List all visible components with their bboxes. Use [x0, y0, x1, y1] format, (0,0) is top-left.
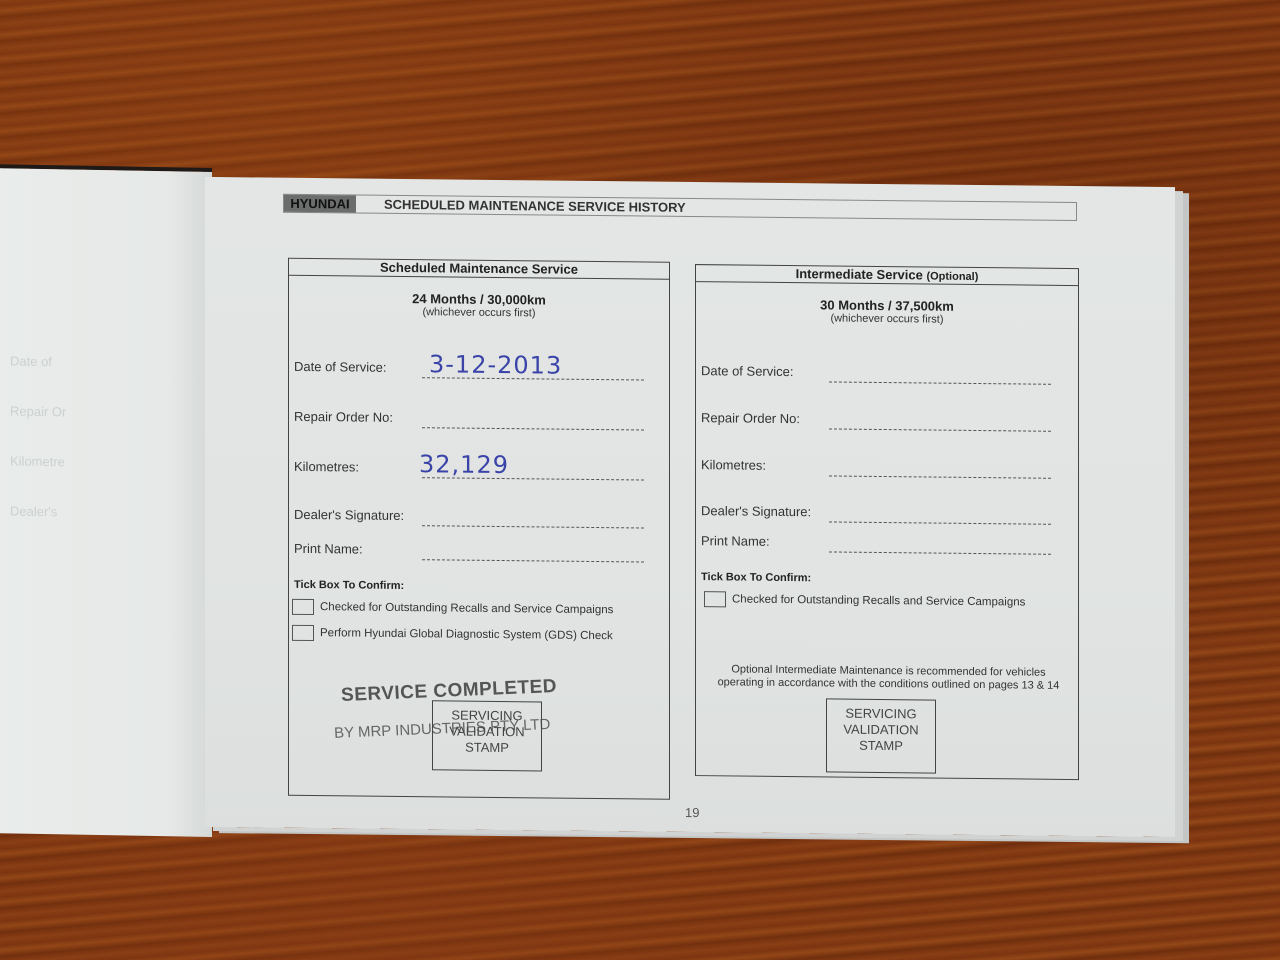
tick-box-heading: Tick Box To Confirm:: [701, 571, 811, 584]
left-page: Date of Repair Or Kilometre Dealer's: [0, 168, 212, 837]
stamp-line: STAMP: [433, 739, 541, 756]
field-label: Repair Order No:: [294, 409, 393, 425]
field-label: Kilometres:: [701, 457, 766, 473]
stamp-line: STAMP: [827, 737, 935, 754]
optional-label: (Optional): [926, 270, 978, 283]
handwritten-value: 3-12-2013: [429, 350, 562, 379]
page-number: 19: [685, 805, 699, 820]
field-label: Print Name:: [294, 541, 363, 557]
gds-check-checkbox[interactable]: Perform Hyundai Global Diagnostic System…: [292, 625, 613, 644]
date-of-service-field[interactable]: Date of Service:: [701, 363, 1051, 387]
checkbox-icon[interactable]: [292, 625, 314, 641]
checkbox-icon[interactable]: [292, 599, 314, 615]
servicing-validation-stamp-box: SERVICING VALIDATION STAMP: [432, 700, 542, 771]
dealer-signature-field[interactable]: Dealer's Signature:: [294, 507, 644, 531]
checkbox-label: Perform Hyundai Global Diagnostic System…: [320, 627, 613, 642]
handwritten-value: 32,129: [419, 450, 509, 479]
recalls-checkbox[interactable]: Checked for Outstanding Recalls and Serv…: [292, 599, 613, 618]
repair-order-field[interactable]: Repair Order No:: [701, 410, 1051, 434]
bleed-through-text: Kilometre: [10, 453, 65, 469]
interval-note: (whichever occurs first): [289, 305, 669, 321]
dealer-signature-field[interactable]: Dealer's Signature:: [701, 503, 1051, 527]
print-name-field[interactable]: Print Name:: [294, 541, 644, 565]
tick-box-heading: Tick Box To Confirm:: [294, 579, 404, 592]
servicing-validation-stamp-box: SERVICING VALIDATION STAMP: [826, 698, 936, 773]
bleed-through-text: Date of: [10, 353, 52, 369]
field-line: [422, 427, 644, 430]
print-name-field[interactable]: Print Name:: [701, 533, 1051, 557]
bleed-through-text: Dealer's: [10, 503, 57, 519]
stamp-line: VALIDATION: [433, 723, 541, 740]
page-header: HYUNDAI SCHEDULED MAINTENANCE SERVICE HI…: [283, 194, 1077, 221]
service-history-page: HYUNDAI SCHEDULED MAINTENANCE SERVICE HI…: [205, 177, 1175, 837]
field-line: [422, 525, 644, 528]
intermediate-service-panel: Intermediate Service (Optional) 30 Month…: [695, 264, 1079, 780]
field-label: Dealer's Signature:: [294, 507, 404, 523]
field-label: Date of Service:: [701, 363, 794, 379]
checkbox-icon[interactable]: [704, 591, 726, 607]
recalls-checkbox[interactable]: Checked for Outstanding Recalls and Serv…: [704, 591, 1025, 610]
panel-title: Intermediate Service (Optional): [696, 265, 1078, 286]
bleed-through-text: Repair Or: [10, 403, 66, 419]
field-label: Kilometres:: [294, 459, 359, 475]
kilometres-field[interactable]: Kilometres:: [701, 457, 1051, 481]
field-line: [829, 551, 1051, 554]
note-line: operating in accordance with the conditi…: [701, 676, 1076, 693]
field-label: Date of Service:: [294, 359, 387, 375]
page-title: SCHEDULED MAINTENANCE SERVICE HISTORY: [384, 196, 686, 216]
kilometres-field[interactable]: Kilometres: 32,129: [294, 459, 644, 483]
field-label: Dealer's Signature:: [701, 503, 811, 519]
field-label: Repair Order No:: [701, 410, 800, 426]
stamp-line: VALIDATION: [827, 721, 935, 738]
stamp-line: SERVICING: [827, 705, 935, 722]
field-line: [422, 559, 644, 562]
scheduled-service-panel: Scheduled Maintenance Service 24 Months …: [288, 258, 670, 800]
field-label: Print Name:: [701, 533, 770, 549]
panel-title-text: Intermediate Service: [796, 266, 923, 282]
panel-title: Scheduled Maintenance Service: [289, 259, 669, 280]
checkbox-label: Checked for Outstanding Recalls and Serv…: [320, 601, 613, 616]
date-of-service-field[interactable]: Date of Service: 3-12-2013: [294, 359, 644, 383]
intermediate-note: Optional Intermediate Maintenance is rec…: [701, 663, 1076, 693]
field-line: [829, 428, 1051, 431]
repair-order-field[interactable]: Repair Order No:: [294, 409, 644, 433]
field-line: [829, 521, 1051, 524]
stamp-line: SERVICING: [433, 707, 541, 724]
field-line: [829, 381, 1051, 384]
field-line: [829, 475, 1051, 478]
brand-logo: HYUNDAI: [284, 195, 356, 213]
checkbox-label: Checked for Outstanding Recalls and Serv…: [732, 593, 1025, 608]
